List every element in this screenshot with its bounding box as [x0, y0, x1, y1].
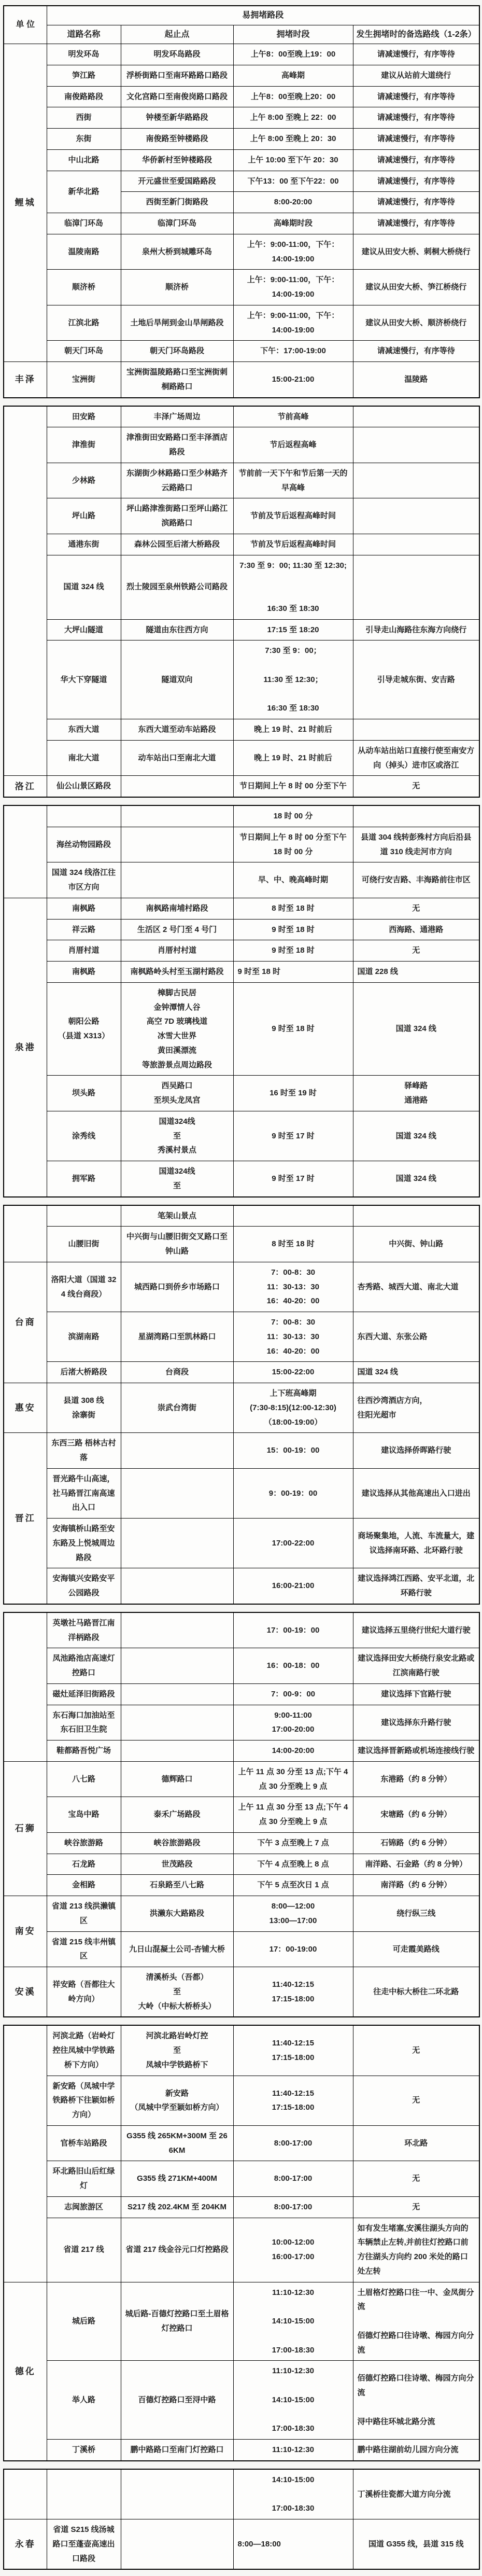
table-row: 金相路石泉路至八七路下午 5 点至次日 1 点南洋路（约 6 分钟） — [4, 1875, 479, 1896]
road-name-cell: 滨湖南路 — [47, 1312, 121, 1362]
table-body: 河滨北路（岩岭灯控往凤城中学铁路桥下方向）河滨北路岩岭灯控 至 凤城中学铁路桥下… — [4, 2025, 479, 2461]
segment-cell: G355 线 271KM+400M — [121, 2161, 233, 2197]
congestion-time-cell: 11:40-12:15 17:15-18:00 — [233, 2025, 353, 2076]
congestion-time-cell: 8:00-17:00 — [233, 2161, 353, 2197]
alternate-route-cell: 温陵路 — [353, 362, 479, 398]
table-row: 少林路东湖街少林路路口至少林路齐云路路口节前前一天下午和节后第一天的早高峰 — [4, 463, 479, 498]
road-name-cell: 国道 324 线洛江往市区方向 — [47, 862, 121, 898]
alternate-route-cell: 国道 324 线 — [353, 1111, 479, 1161]
table-row: 山腰旧街中兴街与山腰旧街交叉路口至 钟山路8 时至 18 时中兴街、钟山路 — [4, 1227, 479, 1262]
road-name-cell: 省道 217 线 — [47, 2218, 121, 2282]
segment-cell: 石泉路至八七路 — [121, 1875, 233, 1896]
alternate-route-cell: 商场聚集地，人流、车流量大，建议选择南环路、北环路行驶 — [353, 1519, 479, 1568]
road-name-cell: 通港东街 — [47, 534, 121, 555]
alternate-route-cell: 建议选择田安大桥绕行泉安北路或江滨南路行驶 — [353, 1648, 479, 1684]
congestion-time-cell: 下午 4 点至晚上 8 点 — [233, 1854, 353, 1875]
congestion-time-cell: 9 时至 17 时 — [233, 1161, 353, 1197]
alternate-route-cell: 请减速慢行，有序等待 — [353, 341, 479, 362]
alternate-route-cell: 绕行纵三线 — [353, 1896, 479, 1932]
table-row: 滨湖南路星湖湾路口至凯林路口7：00-8：30 11：30-13：30 16：4… — [4, 1312, 479, 1362]
congestion-table-fragment: 14:10-15:00 17:00-18:30丁溪桥往瓷都大道方向分流永春省道 … — [3, 2469, 480, 2570]
unit-cell: 永春 — [4, 2519, 47, 2570]
segment-cell: 坪山路津淮街路口至坪山路江滨路路口 — [121, 498, 233, 534]
table-row: 顺济桥顺济桥上午：9:00-11:00，下午： 14:00-19:00建议从田安… — [4, 270, 479, 305]
table-row: 省道 217 线省道 217 线金谷元口灯控路段10:00-12:00 16:0… — [4, 2218, 479, 2282]
table-row: 安海镇桥山路至安东路及上悦城周边路段17:00-22:00商场聚集地，人流、车流… — [4, 1519, 479, 1568]
table-row: 晋江东西三路 梧林古村落15：00-19：00建议选择侨晖路行驶 — [4, 1433, 479, 1469]
table-row: 海丝动物园路段节日期间上午 8 时 00 分至下午 18 时 00 分县道 30… — [4, 827, 479, 862]
segment-cell: 动车站出口至南北大道 — [121, 740, 233, 776]
alternate-route-cell: 国道 324 线 — [353, 1161, 479, 1197]
table-row: 东街南俊路至钟楼路段上午 8:00 至晚上 20：30请减速慢行，有序等待 — [4, 129, 479, 150]
road-name-cell: 举人路 — [47, 2361, 121, 2440]
segment-cell — [121, 776, 233, 797]
congestion-time-cell: 9:00-11:00 17:00-20:00 — [233, 1705, 353, 1740]
segment-cell: 东西大道至动车站路段 — [121, 719, 233, 741]
road-name-cell: 峡谷旅游路 — [47, 1832, 121, 1854]
alternate-route-cell: 国道 228 线 — [353, 962, 479, 983]
column-header: 起止点 — [121, 25, 233, 44]
alternate-route-cell: 东西大道、东张公路 — [353, 1312, 479, 1362]
alternate-route-cell: 国道 G355 线，县道 315 线 — [353, 2519, 479, 2570]
alternate-route-cell — [353, 1205, 479, 1227]
congestion-time-cell: 15:00-21:00 — [233, 362, 353, 398]
road-name-cell: 环北路旧山后红绿灯 — [47, 2161, 121, 2197]
congestion-time-cell: 8:00-17:00 — [233, 2125, 353, 2161]
alternate-route-cell: 请减速慢行，有序等待 — [353, 192, 479, 213]
alternate-route-cell: 无 — [353, 2025, 479, 2076]
unit-cell: 晋江 — [4, 1433, 47, 1604]
segment-cell: 隧道由东往西方向 — [121, 619, 233, 640]
alternate-route-cell: 无 — [353, 2076, 479, 2125]
segment-cell: 崇武台湾街 — [121, 1383, 233, 1433]
road-name-cell: 宝岛中路 — [47, 1797, 121, 1833]
road-name-cell — [47, 1205, 121, 1227]
segment-cell: 国道324线 至 秀溪村景点 — [121, 1111, 233, 1161]
table-row: 永春省道 S215 线汤城路口至蓬壶高速出口路段8:00—18:00国道 G35… — [4, 2519, 479, 2570]
segment-cell: 朝天门环岛路段 — [121, 341, 233, 362]
segment-cell: G355 线 265KM+300M 至 266KM — [121, 2125, 233, 2161]
congestion-time-cell: 7：00-8：30 11：30-13：30 16：40-20：00 — [233, 1262, 353, 1312]
table-body: 笔架山景点 山腰旧街中兴街与山腰旧街交叉路口至 钟山路8 时至 18 时中兴街、… — [4, 1205, 479, 1604]
alternate-route-cell: 建议选择晋新路或机场连接线行驶 — [353, 1740, 479, 1762]
congestion-table-fragment: 单 位易拥堵路段道路名称起止点拥堵时段发生拥堵时的备选路线（1-2条）鲤城明发环… — [3, 5, 480, 398]
road-name-cell: 华大下穿隧道 — [47, 640, 121, 719]
congestion-time-cell: 14:00-20:00 — [233, 1740, 353, 1762]
alternate-route-cell: 杏秀路、城西大道、南北大道 — [353, 1262, 479, 1312]
road-name-cell: 城后路 — [47, 2282, 121, 2361]
segment-cell: 南枫路南埔村路段 — [121, 898, 233, 919]
table-row: 南俊路路段文化宫路口至南俊岗路口路段上午8：00至晚上20：00请减速慢行，有序… — [4, 86, 479, 107]
table-row: 英墩社马路晋江南洋柄路段17：00-19：00建议选择五里绕行世纪大道行驶 — [4, 1612, 479, 1648]
congestion-section-banner: 易拥堵路段 — [47, 6, 479, 25]
table-row: 环北路旧山后红绿灯G355 线 271KM+400M8:00-17:00无 — [4, 2161, 479, 2197]
alternate-route-cell: 请减速慢行，有序等待 — [353, 86, 479, 107]
road-name-cell: 宝洲街 — [47, 362, 121, 398]
road-name-cell: 田安路 — [47, 406, 121, 427]
alternate-route-cell: 中兴街、钟山路 — [353, 1227, 479, 1262]
congestion-time-cell: 上午 11 点 30 分至 13 点;下午 4 点 30 分至晚上 9 点 — [233, 1797, 353, 1833]
congestion-time-cell: 9：00-19：00 — [233, 1468, 353, 1518]
alternate-route-cell: 国道 324 线 — [353, 1362, 479, 1383]
segment-cell — [121, 827, 233, 862]
table-row: 新华北路开元盛世至爱国路路段下午13：00 至下午22：00请减速慢行，有序等待 — [4, 171, 479, 192]
congestion-time-cell: 晚上 19 时、21 时前后 — [233, 740, 353, 776]
segment-cell: 星湖湾路口至凯林路口 — [121, 1312, 233, 1362]
congestion-time-cell: 节日期间上午 8 时 00 分至下午 18 时 00 分 — [233, 827, 353, 862]
alternate-route-cell: 宋塘路（约 6 分钟） — [353, 1797, 479, 1833]
congestion-table-fragment: 河滨北路（岩岭灯控往凤城中学铁路桥下方向）河滨北路岩岭灯控 至 凤城中学铁路桥下… — [3, 2025, 480, 2461]
road-name-cell: 志闽旅游区 — [47, 2196, 121, 2218]
segment-cell: 台商段 — [121, 1362, 233, 1383]
alternate-route-cell: 如有发生堵塞,安溪往湖头方向的车辆禁止左转,并前往灯控路口前方往湖头方向约 20… — [353, 2218, 479, 2282]
congestion-time-cell: 11:40-12:15 17:15-18:00 — [233, 2076, 353, 2125]
road-name-cell: 祥安路（吾都往大岭方向） — [47, 1967, 121, 2017]
alternate-route-cell: 建议从田安大桥、顺济桥绕行 — [353, 305, 479, 341]
alternate-route-cell: 建议从田安大桥、笋江桥绕行 — [353, 270, 479, 305]
table-row: 中山北路华侨新村至钟楼路段上午 10:00 至下午 20：30请减速慢行，有序等… — [4, 149, 479, 171]
congestion-time-cell: 11:10-12:30 — [233, 2440, 353, 2461]
congestion-time-cell: 上下班高峰期 (7:30-8:15)(12:00-12:30) （18:00-1… — [233, 1383, 353, 1433]
road-name-cell: 温陵南路 — [47, 234, 121, 270]
congestion-time-cell: 下午13：00 至下午22：00 — [233, 171, 353, 192]
unit-cell: 南安 — [4, 1896, 47, 1967]
road-name-cell: 山腰旧街 — [47, 1227, 121, 1262]
road-name-cell: 南枫路 — [47, 898, 121, 919]
congestion-time-cell: 16 时至 19 时 — [233, 1076, 353, 1111]
road-name-cell: 拥军路 — [47, 1161, 121, 1197]
unit-cell: 石狮 — [4, 1761, 47, 1896]
table-row: 西街钟楼至新华路路段上午 8:00 至晚上 22：00请减速慢行，有序等待 — [4, 107, 479, 129]
table-row: 洛江仙公山景区路段节日期间上午 8 时 00 分至下午无 — [4, 776, 479, 797]
alternate-route-cell: 往西沙湾酒店方向， 往阳光超市 — [353, 1383, 479, 1433]
road-name-cell: 东石海口加油站至东石旧卫生院 — [47, 1705, 121, 1740]
road-name-cell: 凤池路池店高速灯控路口 — [47, 1648, 121, 1684]
segment-cell: 浮桥街路口至南环路路口路段 — [121, 65, 233, 86]
congestion-time-cell: 7:30 至 9：00； 11:30 至 12:30； 16:30 至 18:3… — [233, 640, 353, 719]
alternate-route-cell: 建议选择东升路行驶 — [353, 1705, 479, 1740]
road-name-cell: 安海镇兴安路安平公园路段 — [47, 1568, 121, 1604]
road-name-cell: 鞋都路吾悦广场 — [47, 1740, 121, 1762]
road-name-cell — [47, 805, 121, 827]
segment-cell: 西吴路口 至坝头龙凤宫 — [121, 1076, 233, 1111]
unit-cell: 惠安 — [4, 1383, 47, 1433]
table-row: 河滨北路（岩岭灯控往凤城中学铁路桥下方向）河滨北路岩岭灯控 至 凤城中学铁路桥下… — [4, 2025, 479, 2076]
congestion-time-cell: 15:00-22:00 — [233, 1362, 353, 1383]
unit-cell: 台商 — [4, 1262, 47, 1383]
segment-cell: 泰禾广场路段 — [121, 1797, 233, 1833]
alternate-route-cell: 请减速慢行，有序等待 — [353, 129, 479, 150]
table-row: 东石海口加油站至东石旧卫生院9:00-11:00 17:00-20:00建议选择… — [4, 1705, 479, 1740]
congestion-time-cell: 7:30 至 9：00; 11:30 至 12:30; 16:30 至 18:3… — [233, 555, 353, 619]
road-name-cell: 坪山路 — [47, 498, 121, 534]
road-name-cell: 津淮街 — [47, 427, 121, 463]
table-row: 通港东街森林公园至后渚大桥路段节前及节后返程高峰时间 — [4, 534, 479, 555]
table-row: 晋光路牛山高速，社马路晋江南高速出入口9：00-19：00建议选择从其他高速出入… — [4, 1468, 479, 1518]
congestion-time-cell: 节前高峰 — [233, 406, 353, 427]
unit-cell — [4, 1205, 47, 1262]
table-row: 朝阳公路 （县道 X313）樟脚古民居 金钟潭情人谷 高空 7D 玻璃栈道 冰雪… — [4, 982, 479, 1076]
road-name-cell: 东街 — [47, 129, 121, 150]
table-row: 后渚大桥路段台商段15:00-22:00国道 324 线 — [4, 1362, 479, 1383]
segment-cell: 明发环岛路段 — [121, 44, 233, 65]
congestion-time-cell: 节前前一天下午和节后第一天的早高峰 — [233, 463, 353, 498]
segment-cell: 清溪桥头（吾都） 至 大岭（中标大桥桥头） — [121, 1967, 233, 2017]
congestion-time-cell: 节日期间上午 8 时 00 分至下午 — [233, 776, 353, 797]
alternate-route-cell: 石锦路（约 6 分钟） — [353, 1832, 479, 1854]
congestion-time-cell: 节前及节后返程高峰时间 — [233, 498, 353, 534]
congestion-time-cell: 11:10-12:30 14:10-15:00 17:00-18:30 — [233, 2282, 353, 2361]
congestion-time-cell: 11:10-12:30 14:10-15:00 17:00-18:30 — [233, 2361, 353, 2440]
alternate-route-cell: 无 — [353, 940, 479, 962]
table-row: 鞋都路吾悦广场14:00-20:00建议选择晋新路或机场连接线行驶 — [4, 1740, 479, 1762]
alternate-route-cell: 建议选择下官路行驶 — [353, 1683, 479, 1705]
table-row: 安海镇兴安路安平公园路段16:00-21:00建议选择鸿江西路、安平北道，北环路… — [4, 1568, 479, 1604]
congestion-time-cell: 上午 8:00 至晚上 22：00 — [233, 107, 353, 129]
alternate-route-cell: 可绕行安吉路、丰海路前往市区 — [353, 862, 479, 898]
segment-cell: 洪濑东大路路段 — [121, 1896, 233, 1932]
road-name-cell: 安海镇桥山路至安东路及上悦城周边路段 — [47, 1519, 121, 1568]
table-row: 津淮街津淮街田安路路口至丰泽酒店路段节后返程高峰 — [4, 427, 479, 463]
congestion-time-cell: 高峰期时段 — [233, 213, 353, 234]
alternate-route-cell: 请减速慢行，有序等待 — [353, 149, 479, 171]
congestion-time-cell: 节后返程高峰 — [233, 427, 353, 463]
congestion-time-cell: 7：00-8：30 11：30-13：30 16：40-20：00 — [233, 1312, 353, 1362]
congestion-table-fragment: 田安路丰泽广场周边节前高峰津淮街津淮街田安路路口至丰泽酒店路段节后返程高峰少林路… — [3, 406, 480, 798]
road-name-cell: 中山北路 — [47, 149, 121, 171]
unit-cell — [4, 805, 47, 898]
road-name-cell: 东西三路 梧林古村落 — [47, 1433, 121, 1469]
alternate-route-cell — [353, 805, 479, 827]
segment-cell: 笔架山景点 — [121, 1205, 233, 1227]
alternate-route-cell: 建议选择五里绕行世纪大道行驶 — [353, 1612, 479, 1648]
table-body: 英墩社马路晋江南洋柄路段17：00-19：00建议选择五里绕行世纪大道行驶凤池路… — [4, 1612, 479, 2017]
unit-cell — [4, 1612, 47, 1762]
table-row: 南枫路南枫路岭头村至玉湖村路段9 时至 18 时国道 228 线 — [4, 962, 479, 983]
header-columns-row: 道路名称起止点拥堵时段发生拥堵时的备选路线（1-2条） — [4, 25, 479, 44]
table-row: 石龙路世茂路段下午 4 点至晚上 8 点南洋路、石金路（约 8 分钟） — [4, 1854, 479, 1875]
road-name-cell: 国道 324 线 — [47, 555, 121, 619]
alternate-route-cell: 西海路、通港路 — [353, 919, 479, 940]
alternate-route-cell — [353, 555, 479, 619]
road-name-cell: 东西大道 — [47, 719, 121, 741]
road-name-cell: 临漳门环岛 — [47, 213, 121, 234]
table-row: 凤池路池店高速灯控路口16：00-18：00建议选择田安大桥绕行泉安北路或江滨南… — [4, 1648, 479, 1684]
alternate-route-cell: 建议选择侨晖路行驶 — [353, 1433, 479, 1469]
segment-cell: 世茂路段 — [121, 1854, 233, 1875]
alternate-route-cell — [353, 463, 479, 498]
road-name-cell: 祥云路 — [47, 919, 121, 940]
alternate-route-cell: 土眉格灯控路口往一中、金凤街分流 佰德灯控路口往诗墩、梅园方向分流 — [353, 2282, 479, 2361]
congestion-time-cell: 上午：9:00-11:00，下午： 14:00-19:00 — [233, 305, 353, 341]
table-row: 大坪山隧道隧道由东往西方向17:15 至 18:20引导走山海路往东海方向绕行 — [4, 619, 479, 640]
segment-cell: 烈士陵园至泉州铁路公司路段 — [121, 555, 233, 619]
alternate-route-cell: 引导走山海路往东海方向绕行 — [353, 619, 479, 640]
segment-cell: 土地后旱闸到金山旱闸路段 — [121, 305, 233, 341]
segment-cell: 百德灯控路口至浔中路 — [121, 2361, 233, 2440]
congestion-time-cell: 上午：9:00-11:00，下午： 14:00-19:00 — [233, 234, 353, 270]
segment-cell: 新安路 （凤城中学至颖如桥方向） — [121, 2076, 233, 2125]
alternate-route-cell: 可走霞美路线 — [353, 1931, 479, 1967]
congestion-time-cell: 8 时至 18 时 — [233, 898, 353, 919]
congestion-time-cell: 下午 3 点至晚上 7 点 — [233, 1832, 353, 1854]
congestion-time-cell: 上午8：00至晚上20：00 — [233, 86, 353, 107]
alternate-route-cell — [353, 406, 479, 427]
segment-cell: 顺济桥 — [121, 270, 233, 305]
table-row: 拥军路国道324线 至9 时至 17 时国道 324 线 — [4, 1161, 479, 1197]
header-banner-row: 单 位易拥堵路段 — [4, 6, 479, 25]
congestion-time-cell: 节前及节后返程高峰时间 — [233, 534, 353, 555]
column-header: 拥堵时段 — [233, 25, 353, 44]
table-row: 华大下穿隧道隧道双向7:30 至 9：00； 11:30 至 12:30； 16… — [4, 640, 479, 719]
table-header: 单 位易拥堵路段道路名称起止点拥堵时段发生拥堵时的备选路线（1-2条） — [4, 6, 479, 44]
table-row: 朝天门环岛朝天门环岛路段下午：17:00-19:00请减速慢行，有序等待 — [4, 341, 479, 362]
table-row: 丁溪桥鹏中路路口至南门灯控路口11:10-12:30鹏中路往湖前幼儿园方向分流 — [4, 2440, 479, 2461]
segment-cell: 森林公园至后渚大桥路段 — [121, 534, 233, 555]
congestion-time-cell: 8:00—12:00 13:00—17:00 — [233, 1896, 353, 1932]
road-name-cell: 明发环岛 — [47, 44, 121, 65]
congestion-time-cell: 17:00-22:00 — [233, 1519, 353, 1568]
congestion-time-cell: 上午 8:00 至晚上 20：30 — [233, 129, 353, 150]
alternate-route-cell: 建议从田安大桥、刺桐大桥绕行 — [353, 234, 479, 270]
road-name-cell: 省道 S215 线汤城路口至蓬壶高速出口路段 — [47, 2519, 121, 2570]
alternate-route-cell: 南洋路、石金路（约 8 分钟） — [353, 1854, 479, 1875]
table-row: 温陵南路泉州大桥到城雕环岛上午：9:00-11:00，下午： 14:00-19:… — [4, 234, 479, 270]
road-name-cell: 磁灶延泽旧街路段 — [47, 1683, 121, 1705]
road-name-cell: 省道 213 线洪濑镇区 — [47, 1896, 121, 1932]
unit-cell: 丰泽 — [4, 362, 47, 398]
table-body: 田安路丰泽广场周边节前高峰津淮街津淮街田安路路口至丰泽酒店路段节后返程高峰少林路… — [4, 406, 479, 798]
segment-cell: 西街至新门街路段 — [121, 192, 233, 213]
table-row: 举人路百德灯控路口至浔中路11:10-12:30 14:10-15:00 17:… — [4, 2361, 479, 2440]
road-name-cell: 官桥车站路段 — [47, 2125, 121, 2161]
segment-cell: 九日山混凝土公司-杏铺大桥 — [121, 1931, 233, 1967]
congestion-table-fragment: 笔架山景点 山腰旧街中兴街与山腰旧街交叉路口至 钟山路8 时至 18 时中兴街、… — [3, 1205, 480, 1605]
alternate-route-cell: 南洋路（约 6 分钟） — [353, 1875, 479, 1896]
segment-cell — [121, 1519, 233, 1568]
table-row: 宝岛中路泰禾广场路段上午 11 点 30 分至 13 点;下午 4 点 30 分… — [4, 1797, 479, 1833]
road-name-cell: 海丝动物园路段 — [47, 827, 121, 862]
road-name-cell: 南俊路路段 — [47, 86, 121, 107]
congestion-time-cell: 10:00-12:00 16:00-17:00 — [233, 2218, 353, 2282]
segment-cell: 宝洲街温陵路路口至宝洲街刺桐路路口 — [121, 362, 233, 398]
tables-container: 单 位易拥堵路段道路名称起止点拥堵时段发生拥堵时的备选路线（1-2条）鲤城明发环… — [3, 5, 479, 2570]
road-name-cell: 江滨北路 — [47, 305, 121, 341]
alternate-route-cell: 无 — [353, 776, 479, 797]
segment-cell: 南枫路岭头村至玉湖村路段 — [121, 962, 233, 983]
table-body: 14:10-15:00 17:00-18:30丁溪桥往瓷都大道方向分流永春省道 … — [4, 2469, 479, 2570]
segment-cell: 峡谷旅游路段 — [121, 1832, 233, 1854]
table-row: 国道 324 线洛江往市区方向早、中、晚高峰时期可绕行安吉路、丰海路前往市区 — [4, 862, 479, 898]
alternate-route-cell: 无 — [353, 2196, 479, 2218]
road-name-cell: 石龙路 — [47, 1854, 121, 1875]
segment-cell — [121, 1433, 233, 1469]
congestion-time-cell: 9 时至 18 时 — [233, 940, 353, 962]
segment-cell: 东湖街少林路路口至少林路齐云路路口 — [121, 463, 233, 498]
alternate-route-cell — [353, 427, 479, 463]
road-name-cell: 朝阳公路 （县道 X313） — [47, 982, 121, 1076]
table-row: 14:10-15:00 17:00-18:30丁溪桥往瓷都大道方向分流 — [4, 2469, 479, 2519]
table-row: 志闽旅游区S217 线 202.4KM 至 204KM8:00-17:00无 — [4, 2196, 479, 2218]
segment-cell — [121, 2519, 233, 2570]
segment-cell — [121, 805, 233, 827]
segment-cell: 南俊路至钟楼路段 — [121, 129, 233, 150]
unit-cell — [4, 2469, 47, 2519]
segment-cell — [121, 1612, 233, 1648]
unit-cell: 德化 — [4, 2282, 47, 2461]
unit-cell — [4, 2025, 47, 2282]
alternate-route-cell: 建议选择鸿江西路、安平北道，北环路行驶 — [353, 1568, 479, 1604]
road-name-cell: 后渚大桥路段 — [47, 1362, 121, 1383]
congestion-time-cell: 16：00-18：00 — [233, 1648, 353, 1684]
congestion-time-cell: 17：00-19:00 — [233, 1931, 353, 1967]
unit-cell: 鲤城 — [4, 44, 47, 362]
segment-cell: 鹏中路路口至南门灯控路口 — [121, 2440, 233, 2461]
alternate-route-cell: 从动车站出站口直接行使至南安方向（掉头）进市区或洛江 — [353, 740, 479, 776]
congestion-time-cell: 8:00—18:00 — [233, 2519, 353, 2570]
congestion-time-cell: 9 时至 18 时 — [233, 919, 353, 940]
segment-cell — [121, 1568, 233, 1604]
table-row: 祥云路生活区 2 号门至 4 号门9 时至 18 时西海路、通港路 — [4, 919, 479, 940]
road-name-cell: 朝天门环岛 — [47, 341, 121, 362]
congestion-time-cell: 上午：9:00-11:00，下午： 14:00-19:00 — [233, 270, 353, 305]
table-row: 涂秀线国道324线 至 秀溪村景点9 时至 17 时国道 324 线 — [4, 1111, 479, 1161]
congestion-time-cell: 高峰期 — [233, 65, 353, 86]
road-name-cell: 省道 215 线丰州镇区 — [47, 1931, 121, 1967]
alternate-route-cell: 往走中标大桥往二环北路 — [353, 1967, 479, 2017]
alternate-route-cell: 佰德灯控路口往诗墩、梅园方向分流 浔中路往环城北路分流 — [353, 2361, 479, 2440]
alternate-route-cell — [353, 534, 479, 555]
road-name-cell: 南北大道 — [47, 740, 121, 776]
segment-cell: S217 线 202.4KM 至 204KM — [121, 2196, 233, 2218]
road-name-cell: 南枫路 — [47, 962, 121, 983]
table-row: 南北大道动车站出口至南北大道晚上 19 时、21 时前后从动车站出站口直接行使至… — [4, 740, 479, 776]
table-row: 笋江路浮桥街路口至南环路路口路段高峰期建议从站前大道绕行 — [4, 65, 479, 86]
unit-cell: 泉港 — [4, 898, 47, 1196]
congestion-time-cell: 11:40-12:15 17:15-18:00 — [233, 1967, 353, 2017]
road-name-cell: 大坪山隧道 — [47, 619, 121, 640]
segment-cell: 城后路-百德灯控路口至土眉格灯控路口 — [121, 2282, 233, 2361]
road-name-cell: 涂秀线 — [47, 1111, 121, 1161]
alternate-route-cell: 请减速慢行，有序等待 — [353, 107, 479, 129]
table-row: 国道 324 线烈士陵园至泉州铁路公司路段7:30 至 9：00; 11:30 … — [4, 555, 479, 619]
road-name-cell: 金相路 — [47, 1875, 121, 1896]
segment-cell: 德辉路口 — [121, 1761, 233, 1797]
table-row: 安溪祥安路（吾都往大岭方向）清溪桥头（吾都） 至 大岭（中标大桥桥头）11:40… — [4, 1967, 479, 2017]
road-name-cell: 河滨北路（岩岭灯控往凤城中学铁路桥下方向） — [47, 2025, 121, 2076]
table-row: 台商洛阳大道（国道 324 线台商段）城西路口到侨乡市场路口7：00-8：30 … — [4, 1262, 479, 1312]
alternate-route-cell: 驿峰路 通港路 — [353, 1076, 479, 1111]
alternate-route-cell: 县道 304 线转彭殊村方向后沿县道 310 线走河市方向 — [353, 827, 479, 862]
road-name-cell: 晋光路牛山高速，社马路晋江南高速出入口 — [47, 1468, 121, 1518]
road-name-cell: 洛阳大道（国道 324 线台商段） — [47, 1262, 121, 1312]
congestion-time-cell: 上午 10:00 至下午 20：30 — [233, 149, 353, 171]
column-header: 发生拥堵时的备选路线（1-2条） — [353, 25, 479, 44]
table-row: 南安省道 213 线洪濑镇区洪濑东大路路段8:00—12:00 13:00—17… — [4, 1896, 479, 1932]
road-name-cell: 新华北路 — [47, 171, 121, 213]
road-name-cell: 西街 — [47, 107, 121, 129]
segment-cell: 国道324线 至 — [121, 1161, 233, 1197]
segment-cell: 津淮街田安路路口至丰泽酒店路段 — [121, 427, 233, 463]
table-row: 肖厝村道肖厝村村道9 时至 18 时无 — [4, 940, 479, 962]
road-name-cell: 坝头路 — [47, 1076, 121, 1111]
segment-cell: 隧道双向 — [121, 640, 233, 719]
table-row: 峡谷旅游路峡谷旅游路段下午 3 点至晚上 7 点石锦路（约 6 分钟） — [4, 1832, 479, 1854]
congestion-time-cell: 上午 11 点 30 分至 13 点;下午 4 点 30 分至晚上 9 点 — [233, 1761, 353, 1797]
unit-column-header: 单 位 — [4, 6, 47, 44]
alternate-route-cell — [353, 498, 479, 534]
table-row: 泉港南枫路南枫路南埔村路段8 时至 18 时无 — [4, 898, 479, 919]
